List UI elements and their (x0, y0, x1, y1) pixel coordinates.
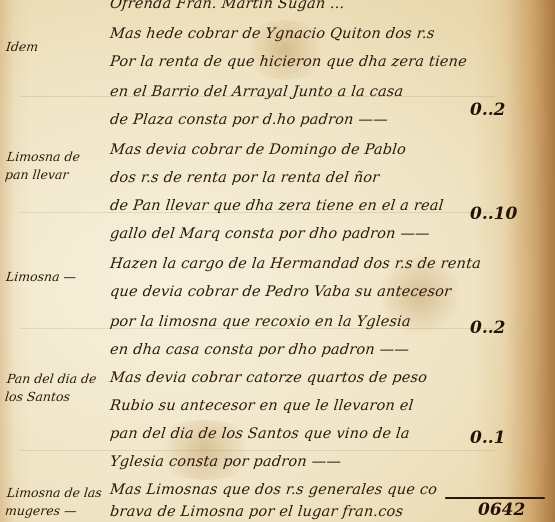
entry-label-idem: Idem (5, 38, 107, 56)
entry-1-line-2: Por la renta de que hicieron que dha zer… (109, 54, 446, 70)
entry-2-line-1: Mas devia cobrar de Domingo de Pablo (109, 142, 446, 158)
entry-4-line-1: Mas devia cobrar catorze quartos de peso (109, 370, 446, 386)
entry-4-amount: 0..1 (470, 428, 506, 448)
entry-2-amount: 0..10 (470, 204, 517, 224)
entry-label-limosna-mugeres: Limosna de las mugeres — (4, 484, 108, 520)
entry-3-line-4: en dha casa consta por dho padron —— (109, 342, 446, 358)
entry-1-amount: 0..2 (470, 100, 506, 120)
ruled-line (20, 450, 495, 451)
entry-4-line-3: pan del dia de los Santos que vino de la (109, 426, 446, 442)
entry-1-line-1: Mas hede cobrar de Ygnacio Quiton dos r.… (109, 26, 446, 42)
entry-2-line-4: gallo del Marq consta por dho padron —— (109, 226, 446, 242)
entry-5-amount: 0642 (478, 500, 525, 520)
entry-label-limosna-pan-llevar: Limosna de pan llevar (4, 148, 108, 184)
entry-3-line-3: por la limosna que recoxio en la Yglesia (109, 314, 446, 330)
entry-5-line-1: Mas Limosnas que dos r.s generales que c… (109, 482, 446, 498)
text-line-top: Ofrenda Fran. Martin Sugan ... (109, 0, 446, 12)
entry-3-line-1: Hazen la cargo de la Hermandad dos r.s d… (109, 256, 446, 272)
entry-label-pan-dia-santos: Pan del dia de los Santos (4, 370, 108, 406)
entry-3-line-2: que devia cobrar de Pedro Vaba su antece… (109, 284, 446, 300)
entry-2-line-2: dos r.s de renta por la renta del ñor (109, 170, 446, 186)
entry-4-line-2: Rubio su antecesor en que le llevaron el (109, 398, 446, 414)
entry-label-limosna: Limosna — (5, 268, 107, 286)
entry-3-amount: 0..2 (470, 318, 506, 338)
entry-1-line-3: en el Barrio del Arrayal Junto a la casa (109, 84, 446, 100)
entry-5-line-2: brava de Limosna por el lugar fran.cos (109, 504, 446, 520)
manuscript-page: Ofrenda Fran. Martin Sugan ... Idem Mas … (0, 0, 555, 522)
entry-4-line-4: Yglesia consta por padron —— (109, 454, 446, 470)
total-rule (445, 497, 545, 499)
entry-2-line-3: de Pan llevar que dha zera tiene en el a… (109, 198, 446, 214)
entry-1-line-4: de Plaza consta por d.ho padron —— (109, 112, 446, 128)
